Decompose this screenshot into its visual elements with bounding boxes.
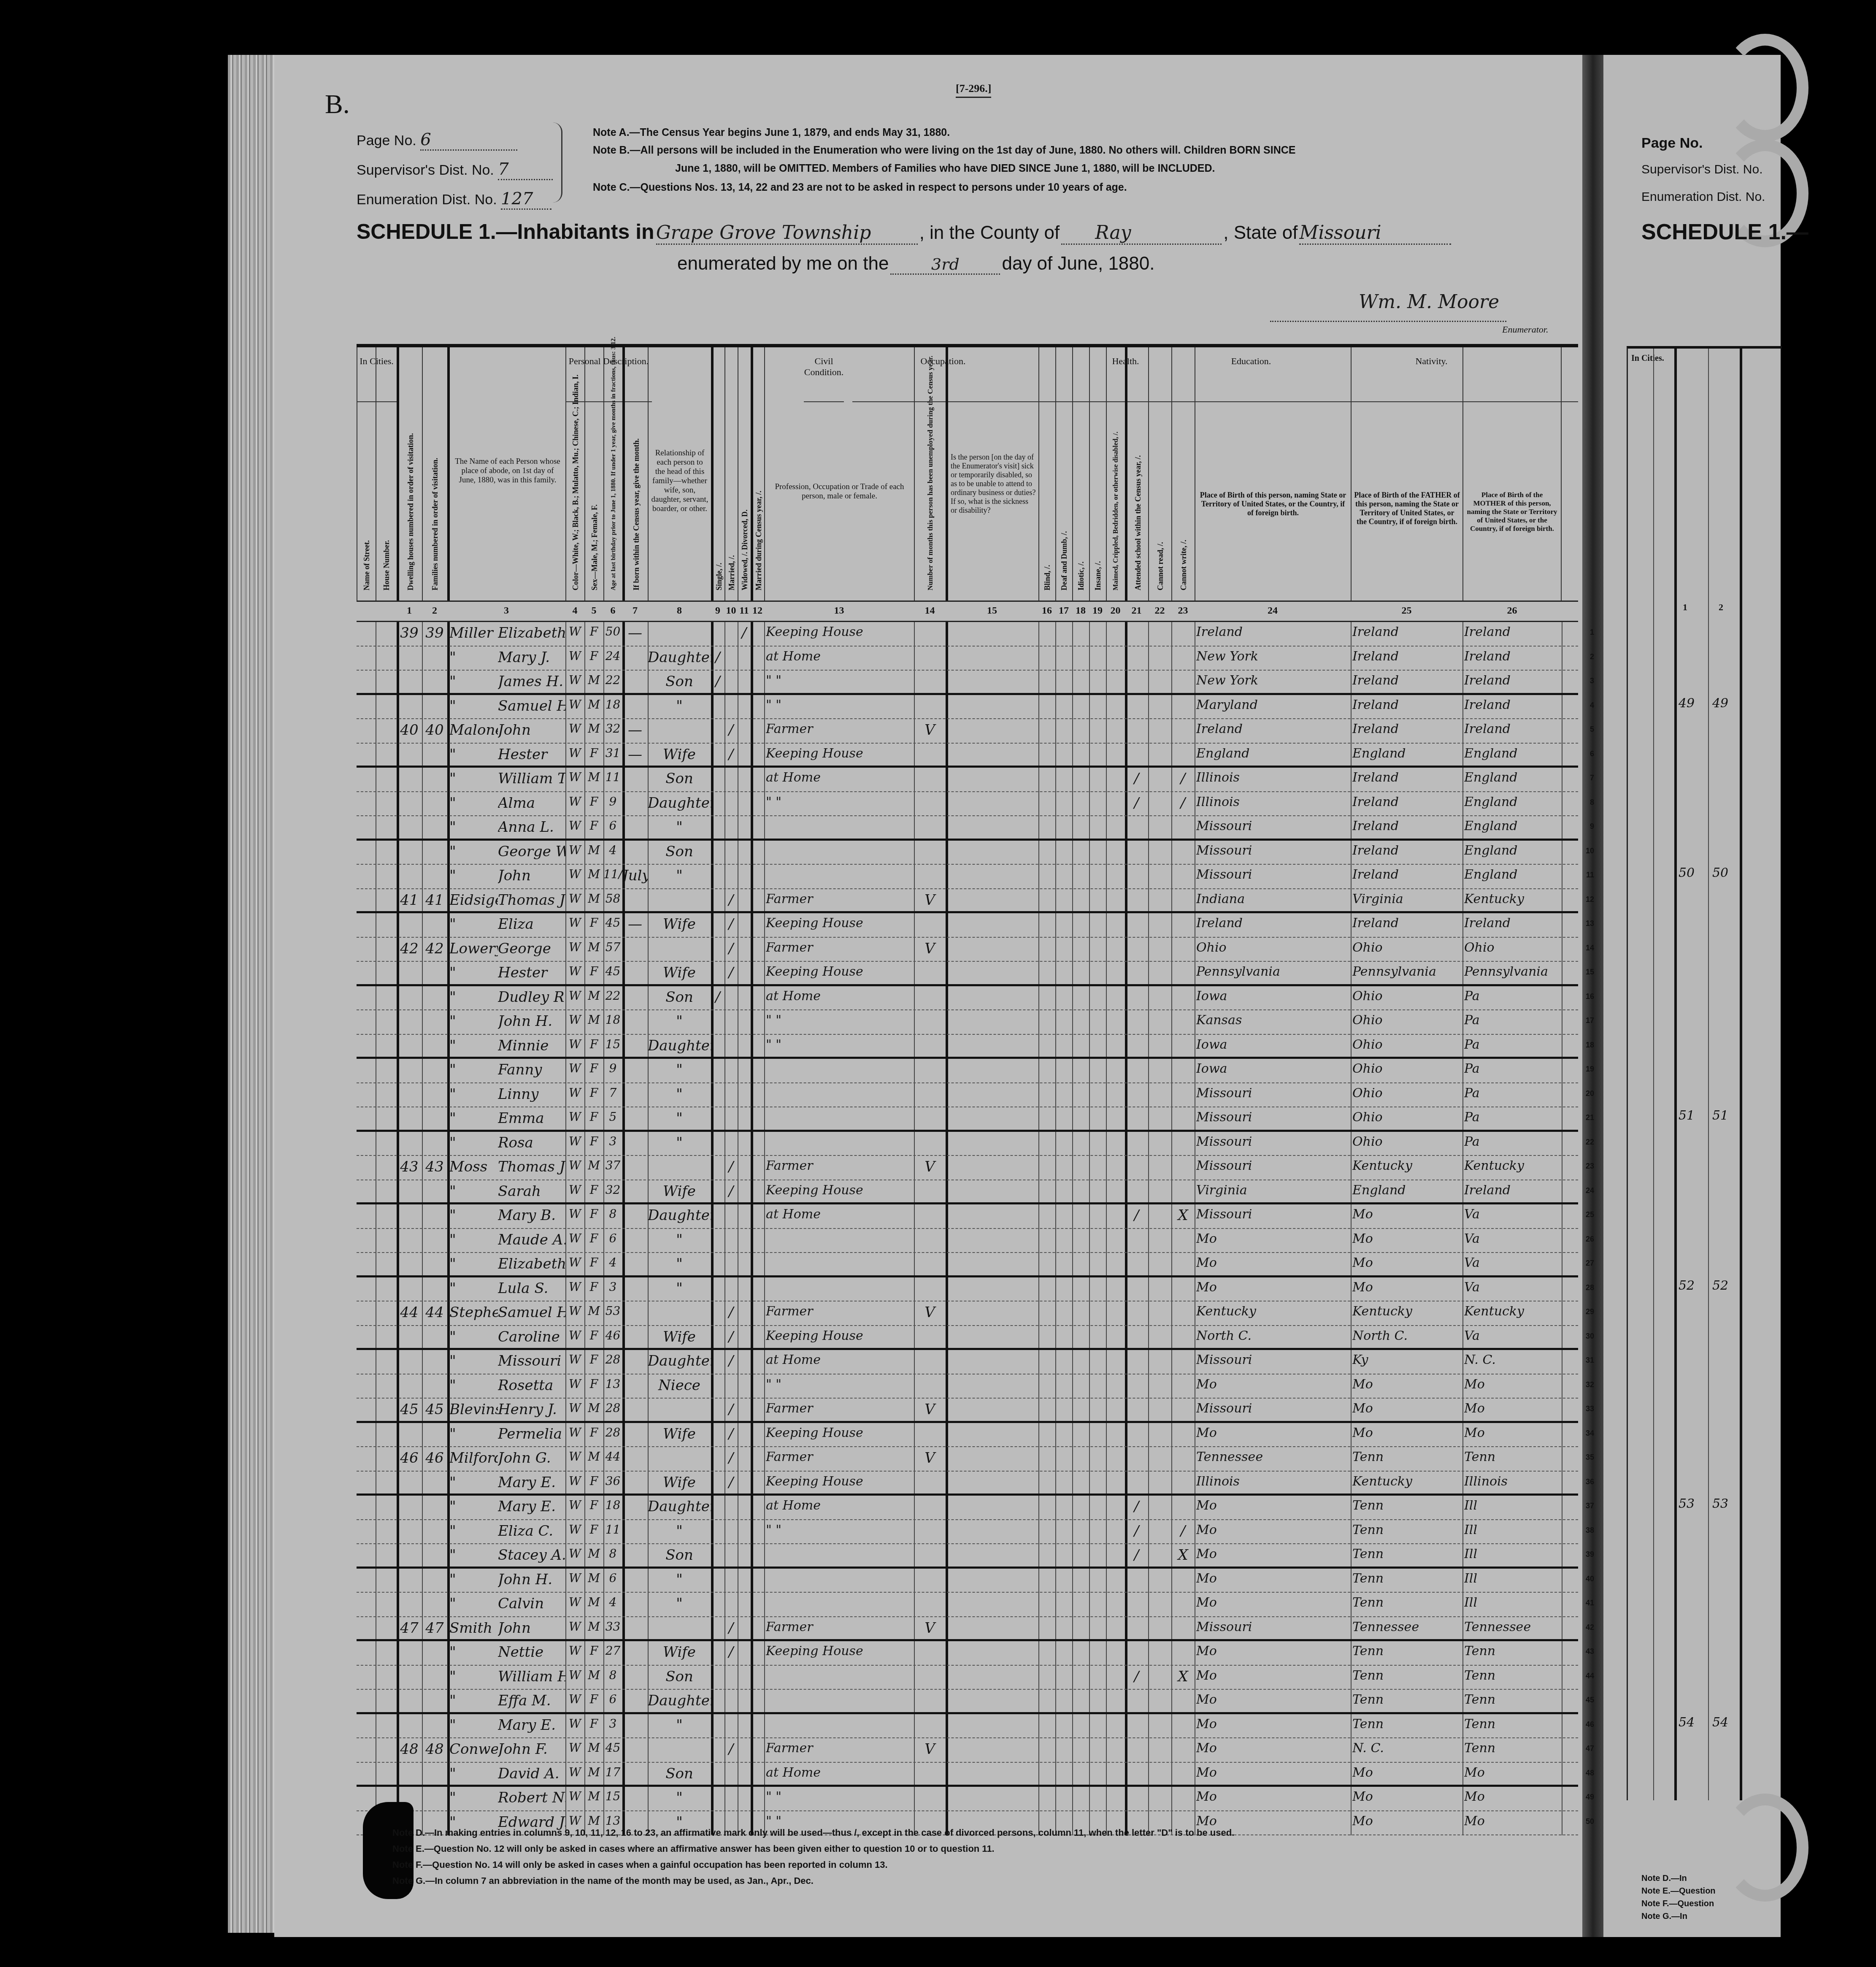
cell-age: 18 (603, 698, 622, 717)
cell-sex: F (584, 1086, 603, 1105)
cell-given: Calvin (498, 1595, 565, 1615)
cell-fam: 46 (422, 1450, 447, 1469)
cell-school (1125, 1741, 1148, 1760)
cell-unemp (914, 770, 946, 790)
cell-married (724, 673, 738, 693)
cell-sex: F (584, 916, 603, 935)
cell-widowed (738, 1061, 751, 1081)
cell-occ: Farmer (766, 1741, 914, 1760)
cell-cw (1171, 625, 1195, 644)
cell-widowed (738, 916, 751, 935)
cell-dw (397, 795, 422, 814)
cell-widowed (738, 892, 751, 911)
cell-surname: " (449, 649, 498, 668)
cell-sex: M (584, 940, 603, 960)
cell-cr (1148, 625, 1171, 644)
cell-cr (1148, 795, 1171, 814)
cell-unemp: V (914, 892, 946, 911)
cell-school (1125, 1620, 1148, 1639)
cell-given: Elizabeth (498, 1255, 565, 1275)
cell-fam: 48 (422, 1741, 447, 1760)
line-number: 37 (1586, 1502, 1594, 1510)
cell-dw (397, 1426, 422, 1445)
cell-mother: Mo (1464, 1377, 1561, 1396)
cell-school (1125, 819, 1148, 838)
cell-father: Ohio (1352, 1013, 1462, 1032)
cell-dw (397, 1086, 422, 1105)
cell-school (1125, 1353, 1148, 1372)
cell-rel: Daughter (648, 1207, 711, 1226)
table-row: 4646MilfordJohn G.WM44/FarmerVTennesseeT… (357, 1447, 1578, 1472)
cell-dw (397, 989, 422, 1008)
cell-given: Alma (498, 795, 565, 814)
cell-cr (1148, 1523, 1171, 1542)
col-num-10: 10 (724, 605, 738, 617)
cell-sex: F (584, 819, 603, 838)
cell-single (711, 1013, 724, 1032)
cell-widowed (738, 1668, 751, 1688)
cell-school (1125, 1231, 1148, 1251)
table-row: "HesterWF31—Wife/Keeping HouseEnglandEng… (357, 744, 1578, 768)
cell-sex: F (584, 1474, 603, 1494)
cell-sex: M (584, 1789, 603, 1809)
cell-single (711, 722, 724, 741)
cell-widowed (738, 964, 751, 984)
cell-color: W (565, 843, 584, 863)
cell-dw (397, 1207, 422, 1226)
cell-dw (397, 964, 422, 984)
cell-mother: Ill (1464, 1547, 1561, 1566)
header-months-unemployed: Number of months this person has been un… (914, 347, 946, 601)
cell-cw (1171, 819, 1195, 838)
cell-married: / (724, 722, 738, 741)
cell-occ: Farmer (766, 1401, 914, 1420)
cell-fam (422, 1377, 447, 1396)
cell-rel: Son (648, 1547, 711, 1566)
cell-unemp (914, 1353, 946, 1372)
cell-cr (1148, 1086, 1171, 1105)
cell-cw: X (1171, 1547, 1195, 1566)
cell-sex: F (584, 1644, 603, 1663)
county-label: , in the County of (919, 222, 1060, 243)
cell-age: 44 (603, 1450, 622, 1469)
cell-father: Ireland (1352, 722, 1462, 741)
cell-birth: Mo (1196, 1426, 1350, 1445)
table-row: 4040MaloneJohnWM32—/FarmerVIrelandIrelan… (357, 719, 1578, 744)
cell-fam: 39 (422, 625, 447, 644)
cell-single (711, 1134, 724, 1154)
cell-married (724, 819, 738, 838)
cell-widowed (738, 843, 751, 863)
note-c: Note C.—Questions Nos. 13, 14, 22 and 23… (593, 181, 1127, 194)
cell-fam (422, 1134, 447, 1154)
cell-unemp (914, 1789, 946, 1809)
cell-rel: Daughter (648, 795, 711, 814)
adjacent-note-e: Note E.—Question (1641, 1886, 1716, 1896)
cell-color: W (565, 892, 584, 911)
cell-birth: Mo (1196, 1255, 1350, 1275)
cell-age: 3 (603, 1717, 622, 1736)
adjacent-schedule-title: SCHEDULE 1.— (1641, 219, 1808, 245)
cell-given: John (498, 1620, 565, 1639)
census-table: In Cities. Personal Description. Civil C… (357, 344, 1578, 1835)
cell-sex: F (584, 1692, 603, 1712)
cell-occ: at Home (766, 989, 914, 1008)
cell-married (724, 1668, 738, 1688)
cell-occ: Farmer (766, 1450, 914, 1469)
table-row: "Permelia C.WF28Wife/Keeping HouseMoMoMo… (357, 1423, 1578, 1448)
table-row: "Anna L.WF6"MissouriIrelandEngland9 (357, 816, 1578, 841)
cell-single (711, 1595, 724, 1615)
cell-age: 45 (603, 1741, 622, 1760)
line-number: 40 (1586, 1575, 1594, 1583)
cell-month (622, 673, 648, 693)
cell-age: 27 (603, 1644, 622, 1663)
col-num-17: 17 (1055, 605, 1072, 617)
cell-cw (1171, 1620, 1195, 1639)
cell-surname: Smith (449, 1620, 498, 1639)
cell-rel: Daughter (648, 1692, 711, 1712)
cell-mother: Pa (1464, 1086, 1561, 1105)
cell-month: — (622, 916, 648, 935)
cell-month (622, 1547, 648, 1566)
line-number: 30 (1586, 1332, 1594, 1341)
cell-fam (422, 1183, 447, 1202)
cell-widowed (738, 1086, 751, 1105)
cell-age: 18 (603, 1498, 622, 1518)
cell-birth: New York (1196, 673, 1350, 693)
cell-single (711, 1158, 724, 1178)
cell-dw: 40 (397, 722, 422, 741)
cell-month (622, 1183, 648, 1202)
cell-rel (648, 625, 711, 644)
cell-given: Samuel H. (498, 1304, 565, 1323)
cell-surname: Malone (449, 722, 498, 741)
table-row: 4444StephensonSamuel H.WM53/FarmerVKentu… (357, 1301, 1578, 1326)
cell-age: 46 (603, 1328, 622, 1348)
header-family-number: Families numbered in order of visitation… (422, 347, 447, 601)
cell-color: W (565, 649, 584, 668)
cell-surname: " (449, 1037, 498, 1057)
schedule-title: SCHEDULE 1.—Inhabitants in (357, 220, 654, 244)
cell-color: W (565, 1377, 584, 1396)
cell-dw (397, 1498, 422, 1518)
cell-cr (1148, 1668, 1171, 1688)
cell-school (1125, 1280, 1148, 1299)
col-num-23: 23 (1171, 605, 1195, 617)
cell-month (622, 1086, 648, 1105)
cell-cr (1148, 1207, 1171, 1226)
cell-given: Mary E. (498, 1498, 565, 1518)
cell-dw (397, 1571, 422, 1591)
table-row: "Mary E.WF3"MoTennTenn46 (357, 1714, 1578, 1739)
cell-cw (1171, 1692, 1195, 1712)
cell-cr (1148, 892, 1171, 911)
cell-mother: England (1464, 795, 1561, 814)
cell-sex: M (584, 673, 603, 693)
line-number: 9 (1590, 822, 1594, 831)
cell-school: / (1125, 1523, 1148, 1542)
cell-fam (422, 1255, 447, 1275)
cell-dw (397, 1547, 422, 1566)
cell-occ (766, 867, 914, 887)
cell-occ: at Home (766, 1498, 914, 1518)
county-value: Ray (1061, 222, 1222, 245)
cell-occ: " " (766, 1013, 914, 1032)
cell-married (724, 1134, 738, 1154)
cell-widowed (738, 1353, 751, 1372)
cell-father: Mo (1352, 1401, 1462, 1420)
cell-occ (766, 1668, 914, 1688)
cell-mother: Ireland (1464, 649, 1561, 668)
cell-age: 6 (603, 1692, 622, 1712)
enumeration-day: 3rd (890, 255, 1000, 275)
line-number: 12 (1586, 895, 1594, 904)
cell-dw (397, 1110, 422, 1129)
cell-married (724, 1013, 738, 1032)
dark-background (1781, 0, 1876, 1967)
cell-age: 45 (603, 916, 622, 935)
cell-age: 11/12 (603, 867, 622, 887)
cell-rel: Wife (648, 1426, 711, 1445)
cell-sex: F (584, 1110, 603, 1129)
cell-given: John F. (498, 1741, 565, 1760)
cell-occ: " " (766, 1789, 914, 1809)
cell-married (724, 625, 738, 644)
cell-mother: Tenn (1464, 1450, 1561, 1469)
table-row: "NettieWF27Wife/Keeping HouseMoTennTenn4… (357, 1641, 1578, 1666)
cell-given: Fanny (498, 1061, 565, 1081)
cell-father: Mo (1352, 1789, 1462, 1809)
cell-school (1125, 1644, 1148, 1663)
line-number: 18 (1586, 1041, 1594, 1050)
cell-color: W (565, 1571, 584, 1591)
cell-mother: Kentucky (1464, 892, 1561, 911)
cell-birth: Mo (1196, 1692, 1350, 1712)
cell-month (622, 1717, 648, 1736)
enumerated-suffix: day of June, 1880. (1002, 253, 1154, 274)
cell-unemp (914, 698, 946, 717)
line-number: 21 (1586, 1113, 1594, 1122)
cell-month (622, 1328, 648, 1348)
cell-surname: " (449, 1280, 498, 1299)
cell-sex: M (584, 1668, 603, 1688)
cell-widowed (738, 1426, 751, 1445)
cell-single (711, 867, 724, 887)
cell-widowed (738, 940, 751, 960)
cell-rel: " (648, 1061, 711, 1081)
cell-father: Ky (1352, 1353, 1462, 1372)
punch-hole-ring-bottom (1722, 1794, 1808, 1902)
enumerator-signature-line (1270, 321, 1506, 322)
cell-unemp (914, 1765, 946, 1785)
adjacent-enumeration-label: Enumeration Dist. No. (1641, 190, 1765, 204)
cell-surname: " (449, 1547, 498, 1566)
cell-sex: M (584, 1013, 603, 1032)
adjacent-table: In Cities. 1 2 494950505151525253535454 (1627, 346, 1782, 1800)
cell-unemp: V (914, 1450, 946, 1469)
cell-dw: 45 (397, 1401, 422, 1420)
cell-school: / (1125, 1668, 1148, 1688)
cell-single (711, 1304, 724, 1323)
cell-cw (1171, 1401, 1195, 1420)
cell-mother: Va (1464, 1280, 1561, 1299)
table-row: "Mary E.WF18Daughterat Home/MoTennIll37 (357, 1496, 1578, 1520)
cell-single (711, 843, 724, 863)
cell-fam (422, 1523, 447, 1542)
cell-sex: F (584, 1207, 603, 1226)
cell-surname: " (449, 1668, 498, 1688)
cell-surname: " (449, 1134, 498, 1154)
cell-dw: 44 (397, 1304, 422, 1323)
cell-cw (1171, 916, 1195, 935)
col-num-25: 25 (1351, 605, 1462, 617)
table-row: "ElizaWF45—Wife/Keeping HouseIrelandIrel… (357, 913, 1578, 938)
col-num-26: 26 (1462, 605, 1562, 617)
cell-school (1125, 1474, 1148, 1494)
header-birthplace: Place of Birth of this person, naming St… (1195, 347, 1351, 601)
cell-dw (397, 1717, 422, 1736)
cell-married: / (724, 1304, 738, 1323)
header-deaf-dumb: Deaf and Dumb, /. (1055, 347, 1072, 601)
cell-single (711, 1353, 724, 1372)
cell-school (1125, 746, 1148, 766)
cell-age: 4 (603, 843, 622, 863)
cell-father: North C. (1352, 1328, 1462, 1348)
cell-rel: Wife (648, 1328, 711, 1348)
cell-unemp (914, 1474, 946, 1494)
cell-cr (1148, 1353, 1171, 1372)
cell-rel: " (648, 1134, 711, 1154)
cell-cr (1148, 843, 1171, 863)
cell-cw: X (1171, 1668, 1195, 1688)
form-number: [7-296.] (956, 82, 991, 98)
cell-father: Mo (1352, 1231, 1462, 1251)
cell-father: Ireland (1352, 698, 1462, 717)
cell-father: Ireland (1352, 867, 1462, 887)
cell-age: 28 (603, 1353, 622, 1372)
adjacent-cell-fam: 52 (1712, 1278, 1728, 1293)
line-number: 31 (1586, 1356, 1594, 1365)
header-dwelling-number: Dwelling houses numbered in order of vis… (397, 347, 422, 601)
cell-mother: Mo (1464, 1401, 1561, 1420)
header-cannot-write: Cannot write, /. (1171, 347, 1195, 601)
table-row: "RosaWF3"MissouriOhioPa22 (357, 1132, 1578, 1156)
cell-rel (648, 722, 711, 741)
cell-fam (422, 1328, 447, 1348)
cell-unemp (914, 795, 946, 814)
cell-mother: Pa (1464, 989, 1561, 1008)
cell-married: / (724, 892, 738, 911)
cell-father: Ohio (1352, 1061, 1462, 1081)
cell-mother: England (1464, 819, 1561, 838)
cell-birth: Missouri (1196, 1401, 1350, 1420)
cell-age: 3 (603, 1134, 622, 1154)
cell-widowed (738, 1401, 751, 1420)
cell-month (622, 1134, 648, 1154)
cell-school: / (1125, 1498, 1148, 1518)
cell-birth: Missouri (1196, 1110, 1350, 1129)
cell-age: 5 (603, 1110, 622, 1129)
cell-dw (397, 1692, 422, 1712)
cell-unemp (914, 673, 946, 693)
cell-fam (422, 1692, 447, 1712)
line-number: 15 (1586, 968, 1594, 977)
cell-color: W (565, 1037, 584, 1057)
cell-rel: Wife (648, 1183, 711, 1202)
col-num-13: 13 (764, 605, 914, 617)
cell-month (622, 1523, 648, 1542)
cell-unemp (914, 1134, 946, 1154)
cell-month (622, 1377, 648, 1396)
cell-birth: Illinois (1196, 770, 1350, 790)
col-num-19: 19 (1089, 605, 1106, 617)
cell-unemp (914, 867, 946, 887)
cell-birth: Mo (1196, 1571, 1350, 1591)
cell-unemp (914, 964, 946, 984)
note-a: Note A.—The Census Year begins June 1, 1… (593, 127, 950, 139)
cell-birth: Missouri (1196, 819, 1350, 838)
cell-occ (766, 843, 914, 863)
cell-school (1125, 867, 1148, 887)
line-number: 25 (1586, 1210, 1594, 1219)
line-number: 1 (1590, 628, 1594, 637)
cell-age: 53 (603, 1304, 622, 1323)
cell-month (622, 1668, 648, 1688)
cell-birth: Mo (1196, 1668, 1350, 1688)
cell-married (724, 1255, 738, 1275)
cell-school: / (1125, 1547, 1148, 1566)
cell-occ: Keeping House (766, 964, 914, 984)
cell-dw (397, 916, 422, 935)
cell-given: Eliza (498, 916, 565, 935)
cell-married (724, 1086, 738, 1105)
cell-married (724, 1692, 738, 1712)
cell-unemp: V (914, 1620, 946, 1639)
cell-cw (1171, 1183, 1195, 1202)
header-name-of-street: Name of Street. (357, 347, 376, 601)
cell-cw (1171, 1231, 1195, 1251)
cell-dw: 42 (397, 940, 422, 960)
cell-occ (766, 1717, 914, 1736)
cell-father: Ohio (1352, 1037, 1462, 1057)
cell-age: 33 (603, 1620, 622, 1639)
cell-father: Pennsylvania (1352, 964, 1462, 984)
cell-cw (1171, 1304, 1195, 1323)
cell-dw (397, 1595, 422, 1615)
cell-color: W (565, 1789, 584, 1809)
cell-color: W (565, 989, 584, 1008)
cell-month (622, 940, 648, 960)
table-row: 4141EidsigerThomas J.WM58/FarmerVIndiana… (357, 889, 1578, 914)
cell-surname: " (449, 1231, 498, 1251)
cell-surname: " (449, 819, 498, 838)
cell-month (622, 1741, 648, 1760)
cell-sex: F (584, 1426, 603, 1445)
cell-given: Missouri (498, 1353, 565, 1372)
cell-surname: Miller (449, 625, 498, 644)
cell-widowed (738, 770, 751, 790)
cell-cw (1171, 1426, 1195, 1445)
cell-father: Tenn (1352, 1450, 1462, 1469)
cell-surname: " (449, 1207, 498, 1226)
cell-school (1125, 1037, 1148, 1057)
cell-cw (1171, 964, 1195, 984)
cell-unemp (914, 1013, 946, 1032)
cell-widowed (738, 1037, 751, 1057)
cell-age: 8 (603, 1207, 622, 1226)
cell-birth: Missouri (1196, 843, 1350, 863)
